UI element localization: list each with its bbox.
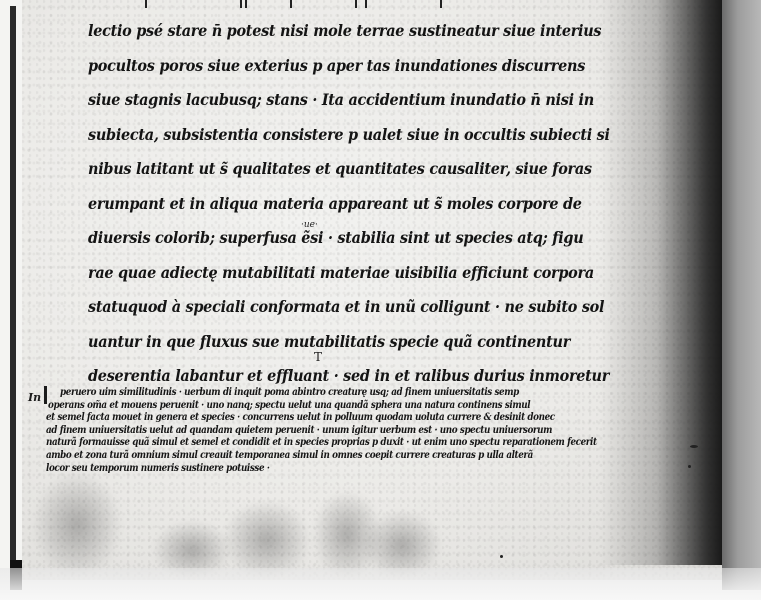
ink-speck xyxy=(500,555,503,558)
text-line: rae quae adiectę mutabilitati materiae u… xyxy=(88,256,553,291)
gloss-line: naturã formauisse quã simul et semel et … xyxy=(46,436,598,449)
marginal-note-block: peruero uim similitudinis · uerbum di in… xyxy=(48,386,688,474)
main-text-block: lectio psé stare n̄ potest nisi mole ter… xyxy=(88,14,588,394)
ink-speck xyxy=(690,445,698,448)
text-line: erumpant et in aliqua materia appareant … xyxy=(88,187,553,222)
text-line: subiecta, subsistentia consistere p uale… xyxy=(88,118,553,153)
marginal-bracket xyxy=(44,386,47,404)
gloss-line: ambo et zona turã omnium simul creauit t… xyxy=(46,449,598,462)
text-line: lectio psé stare n̄ potest nisi mole ter… xyxy=(88,14,553,49)
gloss-line: operans om̃a et mouens peruenit · uno na… xyxy=(48,399,598,412)
text-line: siue stagnis lacubusq; stans · Ita accid… xyxy=(88,83,553,118)
interlinear-gloss: ·ue· xyxy=(301,220,318,230)
text-line: nibus latitant ut s̃ qualitates et quant… xyxy=(88,152,553,187)
marginal-siglum: In xyxy=(28,391,41,404)
ink-speck xyxy=(688,465,691,468)
insertion-mark: T xyxy=(314,350,322,364)
cropped-previous-line xyxy=(120,0,520,10)
water-stain xyxy=(32,470,122,580)
text-line: diuersis colorib; superfusa ẽsi · stabil… xyxy=(88,221,553,256)
text-line: pocultos poros siue exterius p aper tas … xyxy=(88,49,553,84)
manuscript-page: lectio psé stare n̄ potest nisi mole ter… xyxy=(0,0,761,600)
gloss-line: locor seu temporum numeris sustinere pot… xyxy=(46,462,598,475)
gloss-line: ad finem uniuersitatis uelut ad quandam … xyxy=(46,424,598,437)
text-line: statuquod à speciali conformata et in un… xyxy=(88,290,553,325)
page-right-edge xyxy=(722,0,761,590)
left-margin-rule xyxy=(10,6,16,586)
gutter-shadow xyxy=(600,0,725,565)
gloss-line: et semel facta mouet in genera et specie… xyxy=(46,411,598,424)
gloss-line: peruero uim similitudinis · uerbum di in… xyxy=(48,386,598,399)
page-bottom-edge xyxy=(0,568,761,600)
